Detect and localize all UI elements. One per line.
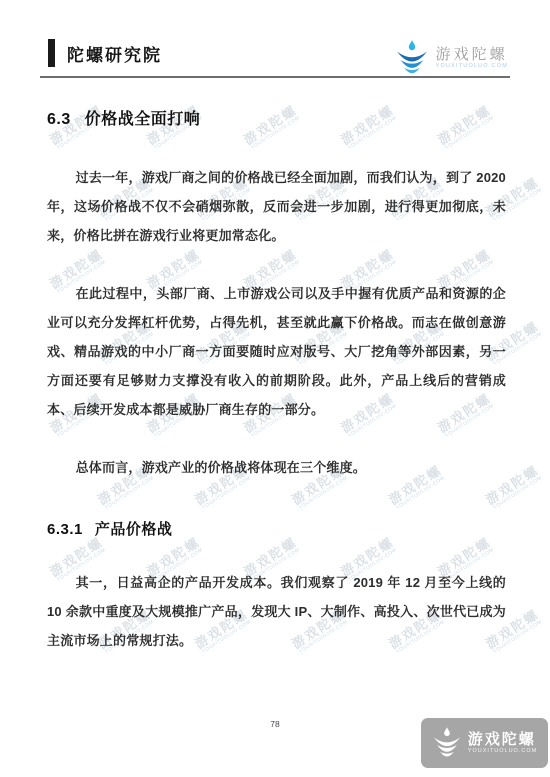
- section-heading: 6.3价格战全面打响: [47, 106, 506, 129]
- document-content: 6.3价格战全面打响 过去一年，游戏厂商之间的价格战已经全面加剧，而我们认为，到…: [0, 106, 550, 655]
- header-accent-bar: [48, 39, 55, 67]
- report-page: 游戏陀螺YOUXITUOLUO.COM游戏陀螺YOUXITUOLUO.COM游戏…: [0, 0, 550, 777]
- header-left: 陀螺研究院: [40, 36, 162, 76]
- logo-name: 游戏陀螺: [436, 47, 508, 63]
- footer-brand-badge: 游戏陀螺 YOUXITUOLUO.COM: [421, 718, 548, 768]
- header-title: 陀螺研究院: [67, 41, 162, 72]
- badge-text-block: 游戏陀螺 YOUXITUOLUO.COM: [468, 732, 537, 755]
- badge-domain: YOUXITUOLUO.COM: [468, 748, 537, 755]
- gyro-badge-icon: [432, 726, 462, 760]
- badge-name: 游戏陀螺: [468, 732, 537, 748]
- page-header: 陀螺研究院 游戏陀螺 YOUXITUOLUO.COM: [40, 36, 510, 78]
- section-title: 价格战全面打响: [85, 111, 201, 128]
- logo-text-block: 游戏陀螺 YOUXITUOLUO.COM: [436, 47, 508, 70]
- paragraph: 过去一年，游戏厂商之间的价格战已经全面加剧，而我们认为，到了 2020 年，这场…: [47, 163, 506, 250]
- paragraph: 总体而言，游戏产业的价格战将体现在三个维度。: [47, 453, 506, 482]
- subsection-heading: 6.3.1产品价格战: [47, 518, 506, 539]
- section-number: 6.3: [47, 111, 71, 128]
- brand-logo: 游戏陀螺 YOUXITUOLUO.COM: [395, 39, 508, 77]
- paragraph: 在此过程中，头部厂商、上市游戏公司以及手中握有优质产品和资源的企业可以充分发挥杠…: [47, 279, 506, 424]
- paragraph: 其一，日益高企的产品开发成本。我们观察了 2019 年 12 月至今上线的 10…: [47, 568, 506, 655]
- logo-domain: YOUXITUOLUO.COM: [436, 63, 508, 70]
- subsection-title: 产品价格战: [95, 521, 173, 538]
- subsection-number: 6.3.1: [47, 521, 83, 538]
- gyro-logo-icon: [395, 39, 429, 77]
